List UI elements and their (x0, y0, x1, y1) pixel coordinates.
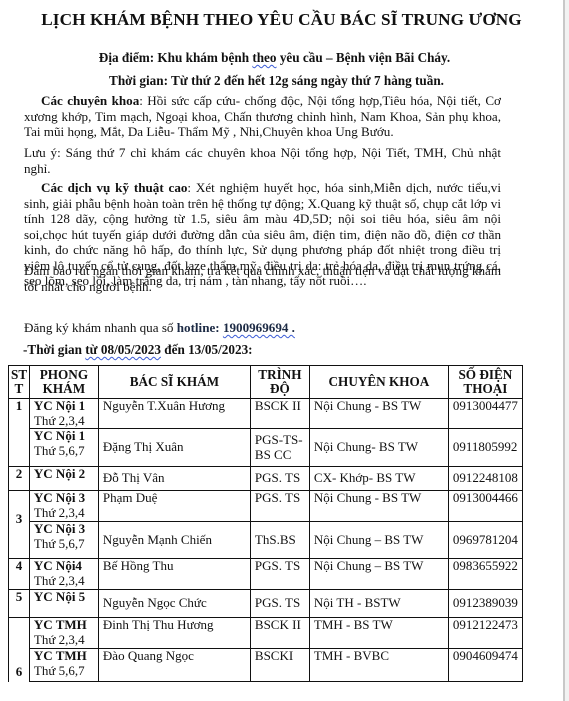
hotline-prefix: Đăng ký khám nhanh qua số (24, 320, 177, 335)
doctor-name: Bế Hồng Thu (98, 559, 250, 590)
clinic-days: Thứ 2,3,4 (34, 633, 94, 648)
clinic-days: Thứ 5,6,7 (34, 664, 94, 679)
phone-number: 0911805992 (448, 429, 522, 467)
clinic-name: YC Nội 5 (34, 590, 94, 605)
phone-number: 0904609474 (448, 649, 522, 682)
table-row: 4 YC Nội4Thứ 2,3,4 Bế Hồng Thu PGS. TS N… (9, 559, 523, 590)
specialty: Nội TH - BSTW (309, 590, 448, 618)
clinic-cell: YC Nội 5 (29, 590, 98, 618)
hotline-paragraph: Đăng ký khám nhanh qua số hotline: 19009… (24, 320, 501, 336)
row-number: 5 (9, 590, 30, 618)
header-level: TRÌNH ĐỘ (250, 366, 309, 399)
phone-number: 0969781204 (448, 522, 522, 559)
schedule-time-line: Thời gian: Từ thứ 2 đến hết 12g sáng ngà… (0, 73, 561, 89)
clinic-name: YC TMH (34, 618, 94, 633)
doctor-name: Nguyễn T.Xuân Hương (98, 399, 250, 429)
document-title: LỊCH KHÁM BỆNH THEO YÊU CẦU BÁC SĨ TRUNG… (0, 10, 563, 30)
clinic-cell: YC Nội 1Thứ 5,6,7 (29, 429, 98, 467)
doctor-name: Nguyễn Mạnh Chiến (98, 522, 250, 559)
clinic-days: Thứ 5,6,7 (34, 444, 94, 459)
doctor-level: BSCK II (250, 618, 309, 649)
doctor-level: BSCKI (250, 649, 309, 682)
clinic-cell: YC Nội 1Thứ 2,3,4 (29, 399, 98, 429)
services-label: Các dịch vụ kỹ thuật cao (41, 180, 187, 195)
commitment-paragraph: Đảm bảo rút ngắn thời gian khám, trả kết… (24, 263, 501, 294)
note-paragraph: Lưu ý: Sáng thứ 7 chỉ khám các chuyên kh… (24, 145, 501, 176)
specialty: Nội Chung – BS TW (309, 522, 448, 559)
doctor-name: Đỗ Thị Vân (98, 467, 250, 491)
doctor-schedule-table: ST T PHONG KHÁM BÁC SĨ KHÁM TRÌNH ĐỘ CHU… (8, 365, 523, 682)
specialty: Nội Chung- BS TW (309, 429, 448, 467)
clinic-cell: YC TMHThứ 2,3,4 (29, 618, 98, 649)
doctor-name: Nguyễn Ngọc Chức (98, 590, 250, 618)
period-suffix: đến 13/05/2023: (161, 342, 253, 357)
header-doctor: BÁC SĨ KHÁM (98, 366, 250, 399)
clinic-days: Thứ 2,3,4 (34, 414, 94, 429)
header-stt: ST T (9, 366, 30, 399)
table-row: 2 YC Nội 2 Đỗ Thị Vân PGS. TS CX- Khớp- … (9, 467, 523, 491)
phone-number: 0912122473 (448, 618, 522, 649)
specialty: CX- Khớp- BS TW (309, 467, 448, 491)
header-specialty: CHUYÊN KHOA (309, 366, 448, 399)
phone-number: 0983655922 (448, 559, 522, 590)
table-header-row: ST T PHONG KHÁM BÁC SĨ KHÁM TRÌNH ĐỘ CHU… (9, 366, 523, 399)
specialties-label: Các chuyên khoa (41, 93, 139, 108)
table-row: YC Nội 3Thứ 5,6,7 Nguyễn Mạnh Chiến ThS.… (9, 522, 523, 559)
spellcheck-flagged-word[interactable]: theo (252, 50, 276, 65)
clinic-cell: YC Nội 2 (29, 467, 98, 491)
clinic-name: YC Nội 3 (34, 491, 94, 506)
clinic-name: YC Nội 1 (34, 399, 94, 414)
header-phone: SỐ ĐIỆN THOẠI (448, 366, 522, 399)
page-edge-shadow (565, 0, 569, 701)
hotline-number[interactable]: 1900969694 . (223, 320, 295, 335)
table-row: 3 YC Nội 3Thứ 2,3,4 Phạm Duệ PGS. TS Nội… (9, 491, 523, 522)
period-prefix: -Thời gian (23, 342, 85, 357)
doctor-level: PGS-TS-BS CC (250, 429, 309, 467)
clinic-name: YC Nội 2 (34, 467, 94, 482)
row-number: 2 (9, 467, 30, 491)
row-number: 3 (9, 491, 30, 559)
clinic-days: Thứ 5,6,7 (34, 537, 94, 552)
specialty: Nội Chung – BS TW (309, 559, 448, 590)
table-row: 6 YC TMHThứ 2,3,4 Đinh Thị Thu Hương BSC… (9, 618, 523, 649)
clinic-name: YC Nội4 (34, 559, 94, 574)
specialty: TMH - BVBC (309, 649, 448, 682)
row-number: 6 (9, 618, 30, 682)
doctor-level: BSCK II (250, 399, 309, 429)
doctor-level: ThS.BS (250, 522, 309, 559)
location-suffix: yêu cầu – Bệnh viện Bãi Cháy. (277, 50, 451, 65)
specialty: Nội Chung - BS TW (309, 399, 448, 429)
clinic-days: Thứ 2,3,4 (34, 506, 94, 521)
phone-number: 0913004466 (448, 491, 522, 522)
spellcheck-flagged-date[interactable]: từ 08/05/2023 (85, 342, 161, 357)
clinic-cell: YC TMHThứ 5,6,7 (29, 649, 98, 682)
clinic-name: YC Nội 1 (34, 429, 94, 444)
period-line: -Thời gian từ 08/05/2023 đến 13/05/2023: (23, 342, 500, 358)
doctor-name: Đào Quang Ngọc (98, 649, 250, 682)
row-number: 4 (9, 559, 30, 590)
clinic-cell: YC Nội 3Thứ 2,3,4 (29, 491, 98, 522)
doctor-name: Đặng Thị Xuân (98, 429, 250, 467)
table-row: YC TMHThứ 5,6,7 Đào Quang Ngọc BSCKI TMH… (9, 649, 523, 682)
table-row: 5 YC Nội 5 Nguyễn Ngọc Chức PGS. TS Nội … (9, 590, 523, 618)
specialties-paragraph: Các chuyên khoa: Hồi sức cấp cứu- chống … (24, 93, 501, 140)
clinic-days: Thứ 2,3,4 (34, 574, 94, 589)
clinic-name: YC TMH (34, 649, 94, 664)
location-prefix: Địa điểm: Khu khám bệnh (99, 50, 253, 65)
doctor-level: PGS. TS (250, 590, 309, 618)
table-row: YC Nội 1Thứ 5,6,7 Đặng Thị Xuân PGS-TS-B… (9, 429, 523, 467)
clinic-cell: YC Nội4Thứ 2,3,4 (29, 559, 98, 590)
hotline-label: hotline: (177, 320, 223, 335)
phone-number: 0913004477 (448, 399, 522, 429)
clinic-name: YC Nội 3 (34, 522, 94, 537)
doctor-level: PGS. TS (250, 559, 309, 590)
specialty: Nội Chung - BS TW (309, 491, 448, 522)
doctor-level: PGS. TS (250, 467, 309, 491)
row-number: 1 (9, 399, 30, 467)
doctor-name: Đinh Thị Thu Hương (98, 618, 250, 649)
doctor-level: PGS. TS (250, 491, 309, 522)
specialty: TMH - BS TW (309, 618, 448, 649)
doctor-name: Phạm Duệ (98, 491, 250, 522)
header-room: PHONG KHÁM (29, 366, 98, 399)
location-line: Địa điểm: Khu khám bệnh theo yêu cầu – B… (0, 50, 559, 66)
table-row: 1 YC Nội 1Thứ 2,3,4 Nguyễn T.Xuân Hương … (9, 399, 523, 429)
clinic-cell: YC Nội 3Thứ 5,6,7 (29, 522, 98, 559)
phone-number: 0912389039 (448, 590, 522, 618)
phone-number: 0912248108 (448, 467, 522, 491)
